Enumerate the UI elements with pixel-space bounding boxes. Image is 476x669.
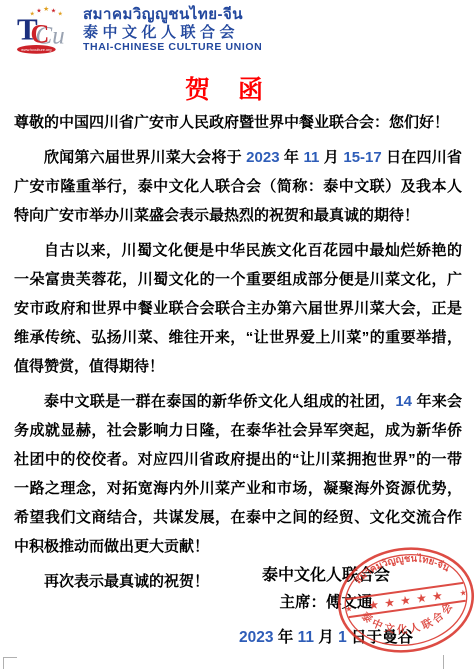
svg-text:★: ★ <box>43 6 49 13</box>
salutation: 尊敬的中国四川省广安市人民政府暨世界中餐业联合会：您们好！ <box>14 108 462 137</box>
header: ★ ★ ★ ★ ★ Cu T C www.tcculture.org สมาคม… <box>16 6 262 56</box>
paragraph-association: 泰中文联是一群在泰国的新华侨文化人组成的社团，14 年来会务成就显赫，社会影响力… <box>14 387 462 561</box>
paragraph-culture: 自古以来，川蜀文化便是中华民族文化百花园中最灿烂娇艳的一朵富贵芙蓉花，川蜀文化的… <box>14 236 462 381</box>
tccu-logo-icon: ★ ★ ★ ★ ★ Cu T C www.tcculture.org <box>16 6 78 56</box>
year-number: 2023 <box>246 149 279 166</box>
seal-star-left: ★ <box>345 604 353 614</box>
paragraph-announcement: 欣闻第六届世界川菜大会将于 2023 年 11 月 15-17 日在四川省广安市… <box>14 143 462 230</box>
letter-body: 尊敬的中国四川省广安市人民政府暨世界中餐业联合会：您们好！ 欣闻第六届世界川菜大… <box>14 108 462 602</box>
seal-star-right: ★ <box>459 588 467 598</box>
org-name-block: สมาคมวิญญูชนไทย-จีน 泰中文化人联合会 THAI-CHINES… <box>83 6 262 53</box>
letter-page: ★ ★ ★ ★ ★ Cu T C www.tcculture.org สมาคม… <box>0 0 476 669</box>
org-name-thai: สมาคมวิญญูชนไทย-จีน <box>83 6 262 24</box>
day-range-number: 15-17 <box>343 149 381 166</box>
svg-text:★: ★ <box>51 8 56 15</box>
letter-title: 贺函 <box>0 76 476 104</box>
table-corner-mark-left <box>3 657 17 669</box>
official-seal-stamp: ★ ★ ★ ★ ★ ★ ★ สมาคมวิญญูชนไทย-จีน 泰中文化人联… <box>336 546 476 654</box>
svg-text:★: ★ <box>58 11 63 18</box>
logo-banner-url: www.tcculture.org <box>21 47 51 52</box>
svg-text:C: C <box>31 20 50 49</box>
org-name-english: THAI-CHINESE CULTURE UNION <box>83 41 262 53</box>
table-corner-mark-right <box>443 655 444 669</box>
org-name-chinese: 泰中文化人联合会 <box>83 24 262 41</box>
years-number: 14 <box>395 393 412 410</box>
month-number: 11 <box>304 149 320 166</box>
